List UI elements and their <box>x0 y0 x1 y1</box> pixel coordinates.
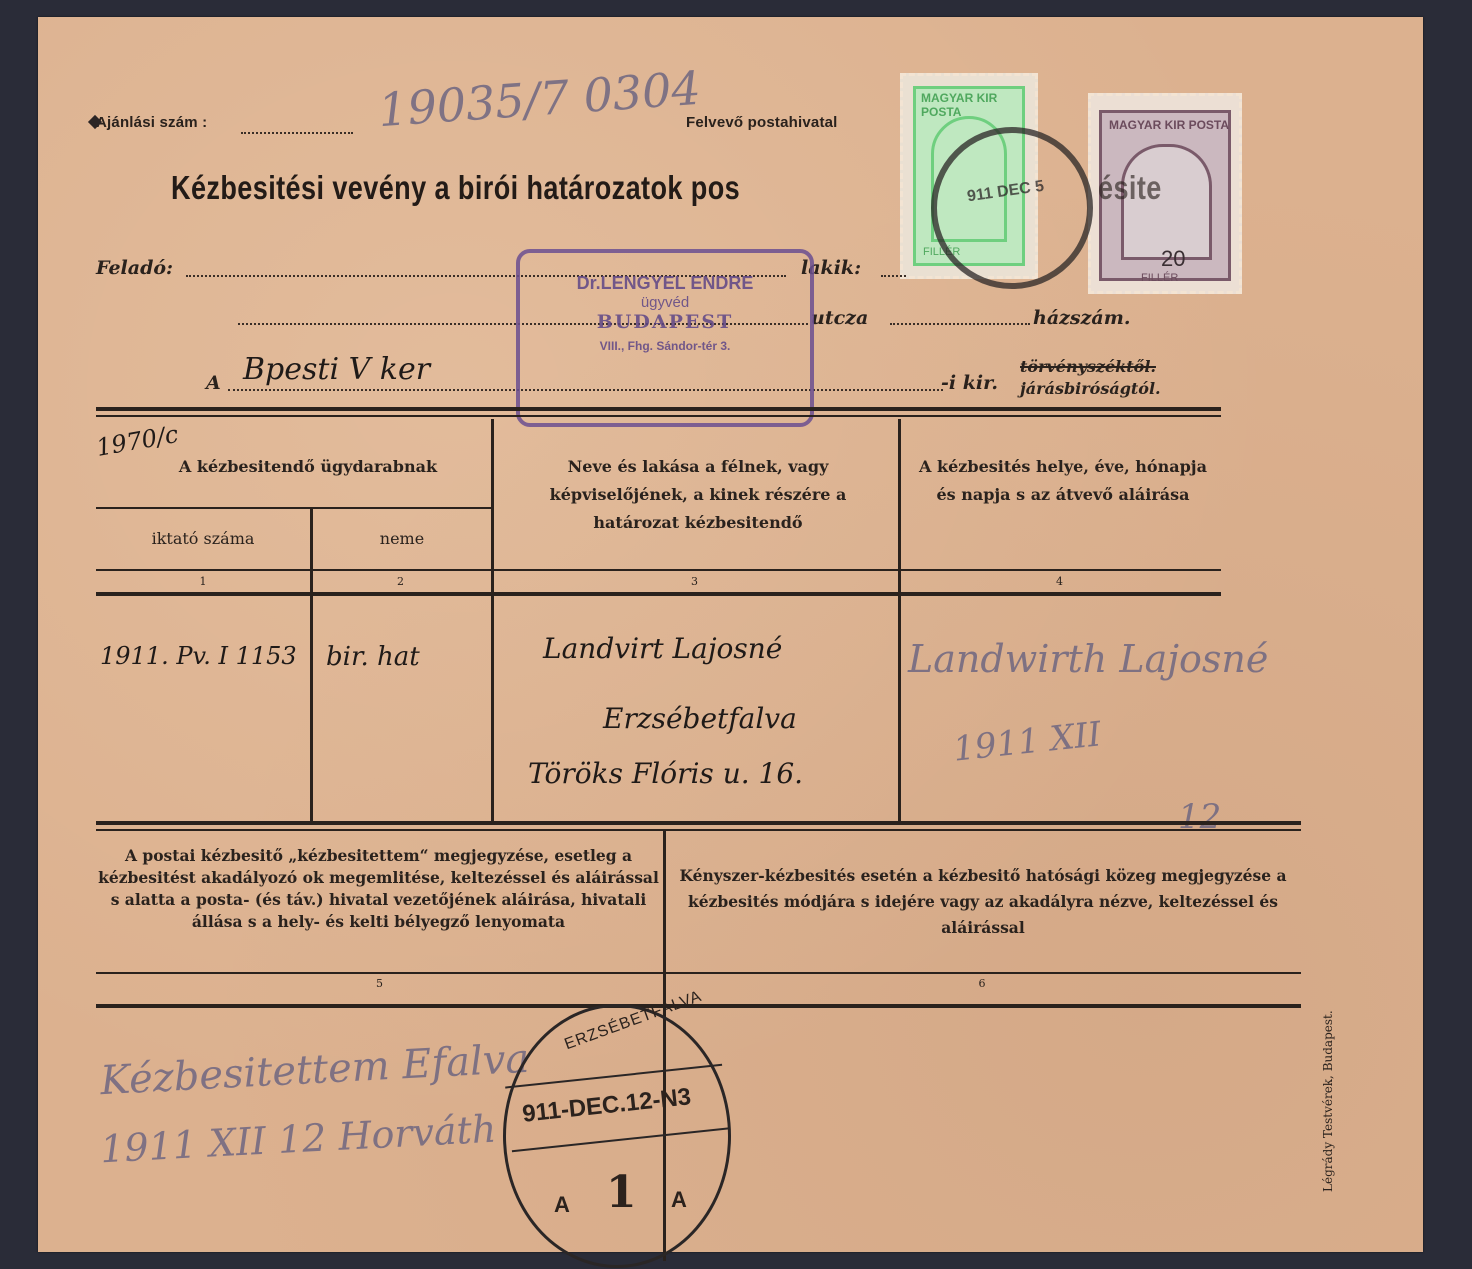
ajanlasi-szam-label: Ajánlási szám : <box>96 114 207 131</box>
cell-recipient-address: Töröks Flóris u. 16. <box>528 757 803 790</box>
document-sheet: 19035/7 0304 Ajánlási szám : Felvevő pos… <box>38 17 1423 1252</box>
table2-top-rule <box>96 821 1301 825</box>
lawyer-rubber-stamp: Dr.LENGYEL ENDRE ügyvéd BUDAPEST VIII., … <box>516 249 814 427</box>
lakik-field <box>881 275 906 277</box>
cell-receipt-date: 1911 XII <box>951 714 1103 769</box>
table1-divider-col4 <box>898 419 901 821</box>
court-name-handwritten: Bpesti V ker <box>243 352 430 387</box>
kir-label: -i kir. <box>941 372 998 394</box>
header-kenyszer-kezbesites: Kényszer-kézbesités esetén a kézbesitő h… <box>678 863 1288 941</box>
printer-imprint: Légrády Testvérek, Budapest. <box>1321 1010 1335 1192</box>
cell-receiver-signature: Landwirth Lajosné <box>908 637 1268 681</box>
hazszam-label: házszám. <box>1033 307 1130 329</box>
utcza-field <box>890 323 1030 325</box>
form-title: Kézbesitési vevény a birói határozatok p… <box>171 169 740 207</box>
table1-top-rule <box>96 407 1221 411</box>
cell-iktato-szama: 1911. Pv. I 1153 <box>100 642 297 670</box>
header-iktato-szama: iktató száma <box>98 525 308 553</box>
felvevo-postahivatal-label: Felvevő postahivatal <box>686 114 838 131</box>
pencil-reference-number: 19035/7 0304 <box>377 61 703 137</box>
header-neme: neme <box>313 525 491 553</box>
felado-label: Feladó: <box>96 257 173 279</box>
cell-neme: bir. hat <box>326 642 420 672</box>
table1-divider-col3 <box>491 419 494 821</box>
delivery-postmark: ERZSÉBETFALVA 911-DEC.12-N3 A 1 A <box>503 1004 731 1268</box>
torvenyszek-struck-label: törvényszéktől. <box>1020 357 1156 376</box>
header-nev-lakas: Neve és lakása a félnek, vagy képviselőj… <box>508 453 888 537</box>
header-kezbesites-helye: A kézbesités helye, éve, hónapja és napj… <box>918 453 1208 509</box>
a-label: A <box>206 372 221 394</box>
ajanlasi-szam-field <box>241 132 353 134</box>
top-cancellation-postmark: 911 DEC 5 <box>931 127 1093 289</box>
cell-receipt-day: 12 <box>1178 797 1221 837</box>
utcza-label: utcza <box>811 307 868 329</box>
header-group-ugydarab: A kézbesitendő ügydarabnak <box>138 453 478 481</box>
table1-divider-col2 <box>310 509 313 821</box>
jarasbirosag-label: járásbiróságtól. <box>1020 379 1161 398</box>
postman-note-line1: Kézbesitettem Efalva <box>99 1036 530 1104</box>
postman-note-line2: 1911 XII 12 Horváth <box>99 1107 497 1172</box>
cell-recipient-name: Landvirt Lajosné <box>543 632 782 665</box>
form-title-tail: ésite <box>1098 169 1162 207</box>
cell-recipient-place: Erzsébetfalva <box>603 702 797 735</box>
header-postai-kezbesito: A postai kézbesitő „kézbesitettem“ megje… <box>96 845 661 933</box>
